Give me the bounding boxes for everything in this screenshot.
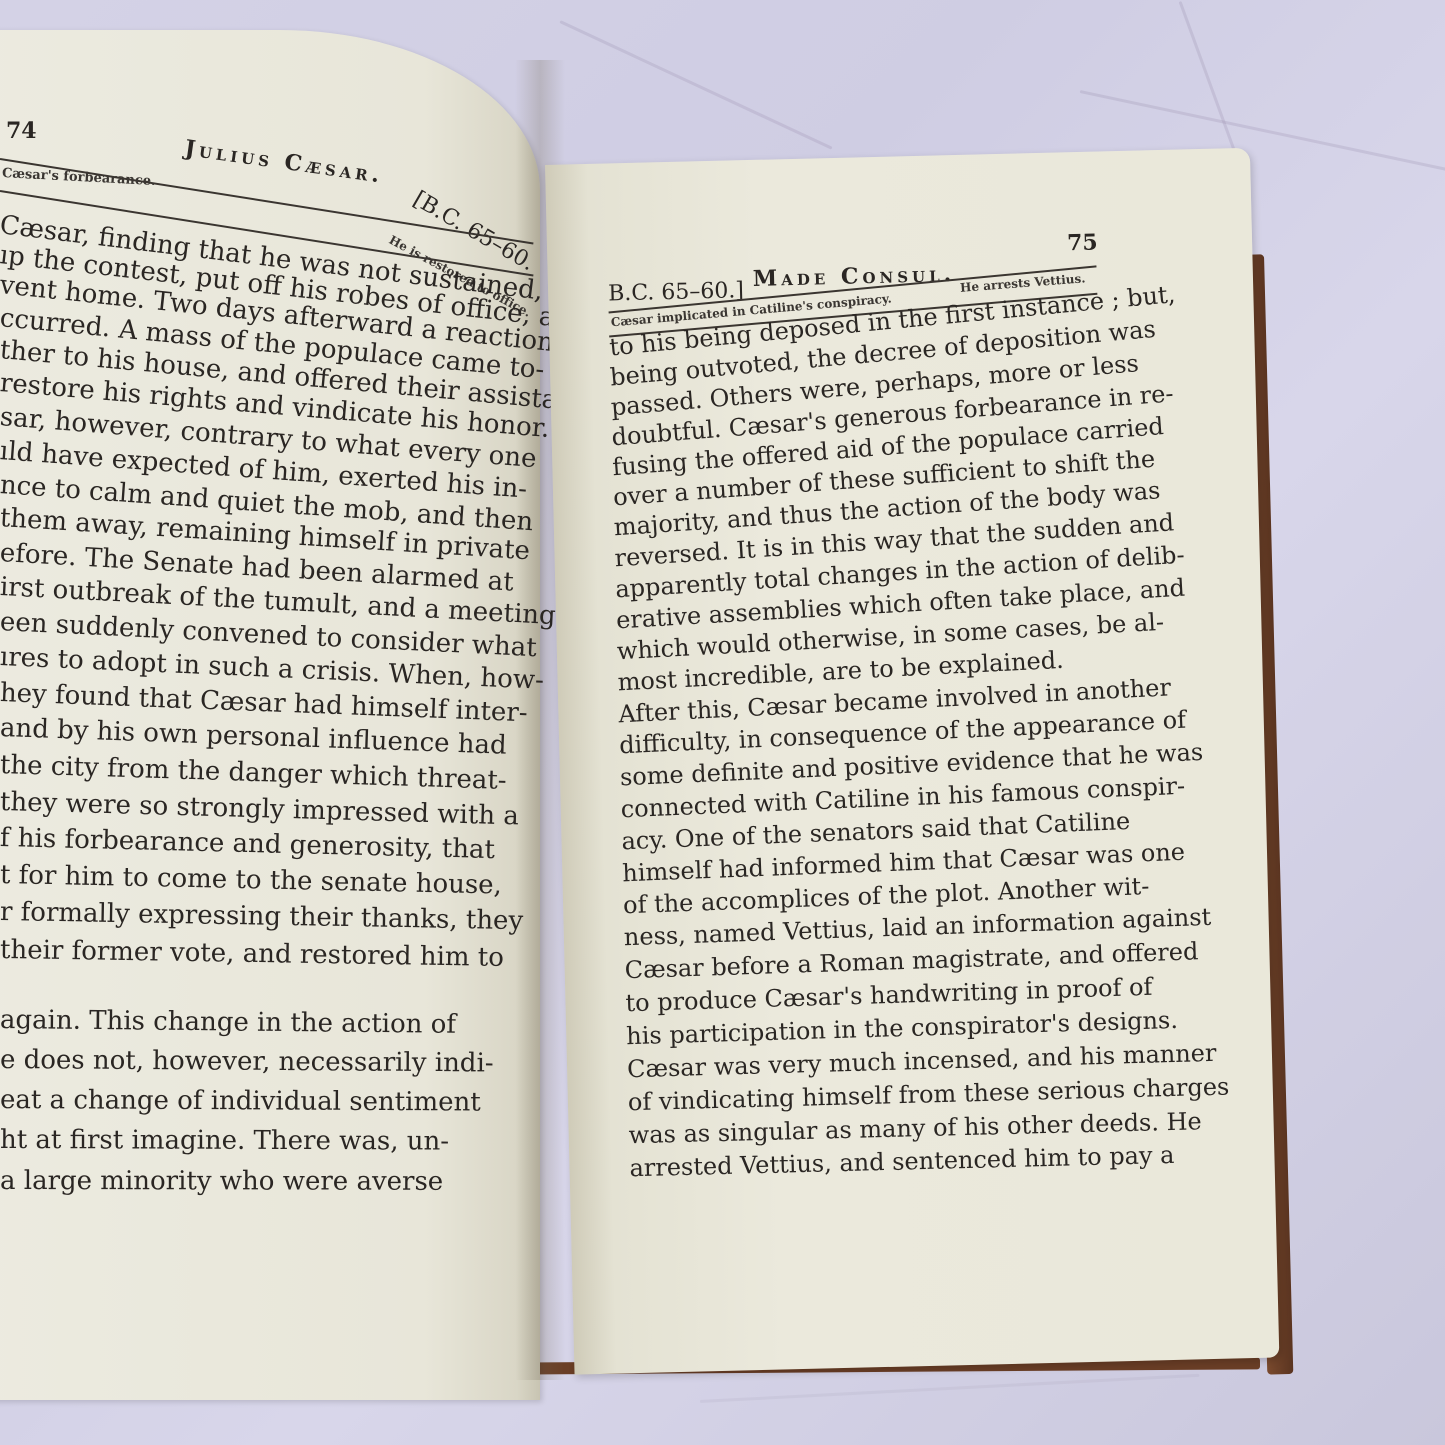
right-folio: 75 bbox=[1067, 230, 1098, 257]
text-line: a large minority who were averse bbox=[0, 1166, 443, 1197]
right-page-body: to his being deposed in the first instan… bbox=[545, 148, 1250, 165]
text-line: eat a change of individual sentiment bbox=[0, 1085, 481, 1118]
page-number: 75 bbox=[1067, 230, 1098, 257]
page-number: 74 bbox=[6, 118, 37, 144]
marble-vein bbox=[700, 1374, 1199, 1403]
text-line: again. This change in the action of bbox=[0, 1005, 456, 1040]
marble-vein bbox=[559, 20, 832, 150]
text-line: e does not, however, necessarily indi- bbox=[0, 1045, 494, 1078]
right-page: B.C. 65–60.] Made Consul. 75 Cæsar impli… bbox=[545, 148, 1279, 1375]
text-line: ht at first imagine. There was, un- bbox=[0, 1125, 449, 1157]
left-folio: 74 bbox=[6, 118, 37, 144]
